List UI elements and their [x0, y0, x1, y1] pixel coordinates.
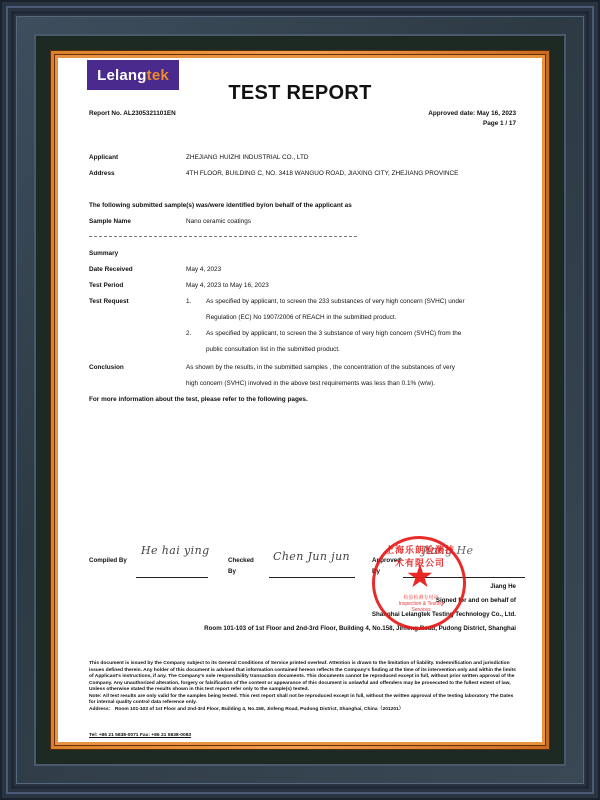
applicant-value: ZHEJIANG HUIZHI INDUSTRIAL CO., LTD — [186, 154, 309, 162]
separator-dashed — [89, 236, 357, 237]
conclusion-text: As shown by the results, in the submitte… — [186, 364, 522, 396]
date-received-value: May 4, 2023 — [186, 266, 221, 274]
checked-signature: Chen Jun jun — [273, 550, 350, 563]
date-received-label: Date Received — [89, 266, 133, 274]
list-number: 1. — [186, 298, 191, 306]
footer-note: Note: All test results are only valid fo… — [89, 694, 520, 707]
sample-name-value: Nano ceramic coatings — [186, 218, 251, 226]
list-text-line: public consultation list in the submitte… — [206, 346, 522, 362]
signature-line — [136, 577, 208, 578]
more-info: For more information about the test, ple… — [89, 396, 522, 404]
compiled-by-label: Compiled By — [89, 555, 127, 566]
test-period-label: Test Period — [89, 282, 123, 290]
conclusion-line: As shown by the results, in the submitte… — [186, 364, 522, 380]
approved-label-line1: Approved — [372, 555, 401, 566]
sample-name-label: Sample Name — [89, 218, 131, 226]
conclusion-label: Conclusion — [89, 364, 124, 372]
compiled-signature: He hai ying — [141, 544, 210, 557]
test-period-value: May 4, 2023 to May 16, 2023 — [186, 282, 269, 290]
approved-by-label: Approved By — [372, 555, 401, 577]
list-text-line: Regulation (EC) No 1907/2006 of REACH in… — [206, 314, 522, 330]
applicant-label: Applicant — [89, 154, 118, 162]
report-number: Report No. AL2305321101EN — [89, 110, 176, 117]
approved-date: Approved date: May 16, 2023 — [428, 110, 516, 117]
list-number: 2. — [186, 330, 191, 338]
summary-heading: Summary — [89, 250, 522, 258]
checked-label-line1: Checked — [228, 555, 254, 566]
checked-label-line2: By — [228, 566, 254, 577]
address-value: 4TH FLOOR, BUILDING C, NO. 3418 WANGUO R… — [186, 170, 458, 178]
signed-for-text: Signed for and on behalf of — [436, 597, 516, 604]
list-text-line: As specified by applicant, to screen the… — [206, 298, 522, 314]
approved-signature: Jiang He — [422, 544, 473, 557]
footer-address: Address： Room 101-103 of 1st Floor and 2… — [89, 707, 520, 714]
footer-contact: Tel: +86 21 5838-0071 Fax: +86 21 5838-0… — [89, 733, 191, 738]
checked-by-label: Checked By — [228, 555, 254, 577]
disclaimer-text: This document is issued by the Company s… — [89, 661, 520, 694]
sample-intro: The following submitted sample(s) was/we… — [89, 202, 522, 210]
signature-line — [403, 577, 525, 578]
page-number: Page 1 / 17 — [483, 120, 516, 127]
company-name: Shanghai Lelangtek Testing Technology Co… — [372, 611, 516, 618]
list-text-line: As specified by applicant, to screen the… — [206, 330, 522, 346]
page-title: TEST REPORT — [58, 82, 542, 105]
address-label: Address — [89, 170, 115, 178]
test-request-label: Test Request — [89, 298, 129, 306]
disclaimer: This document is issued by the Company s… — [89, 661, 520, 713]
approved-label-line2: By — [372, 566, 401, 577]
logo-text-primary: Lelang — [97, 67, 147, 84]
signature-line — [269, 577, 355, 578]
star-icon: ★ — [405, 561, 435, 591]
conclusion-line: high concern (SVHC) involved in the abov… — [186, 380, 522, 396]
approver-printed-name: Jiang He — [490, 583, 516, 590]
company-address: Room 101-103 of 1st Floor and 2nd-3rd Fl… — [204, 625, 516, 632]
logo-text-accent: tek — [147, 67, 169, 84]
report-page: Lelangtek TEST REPORT Report No. AL23053… — [58, 58, 542, 742]
